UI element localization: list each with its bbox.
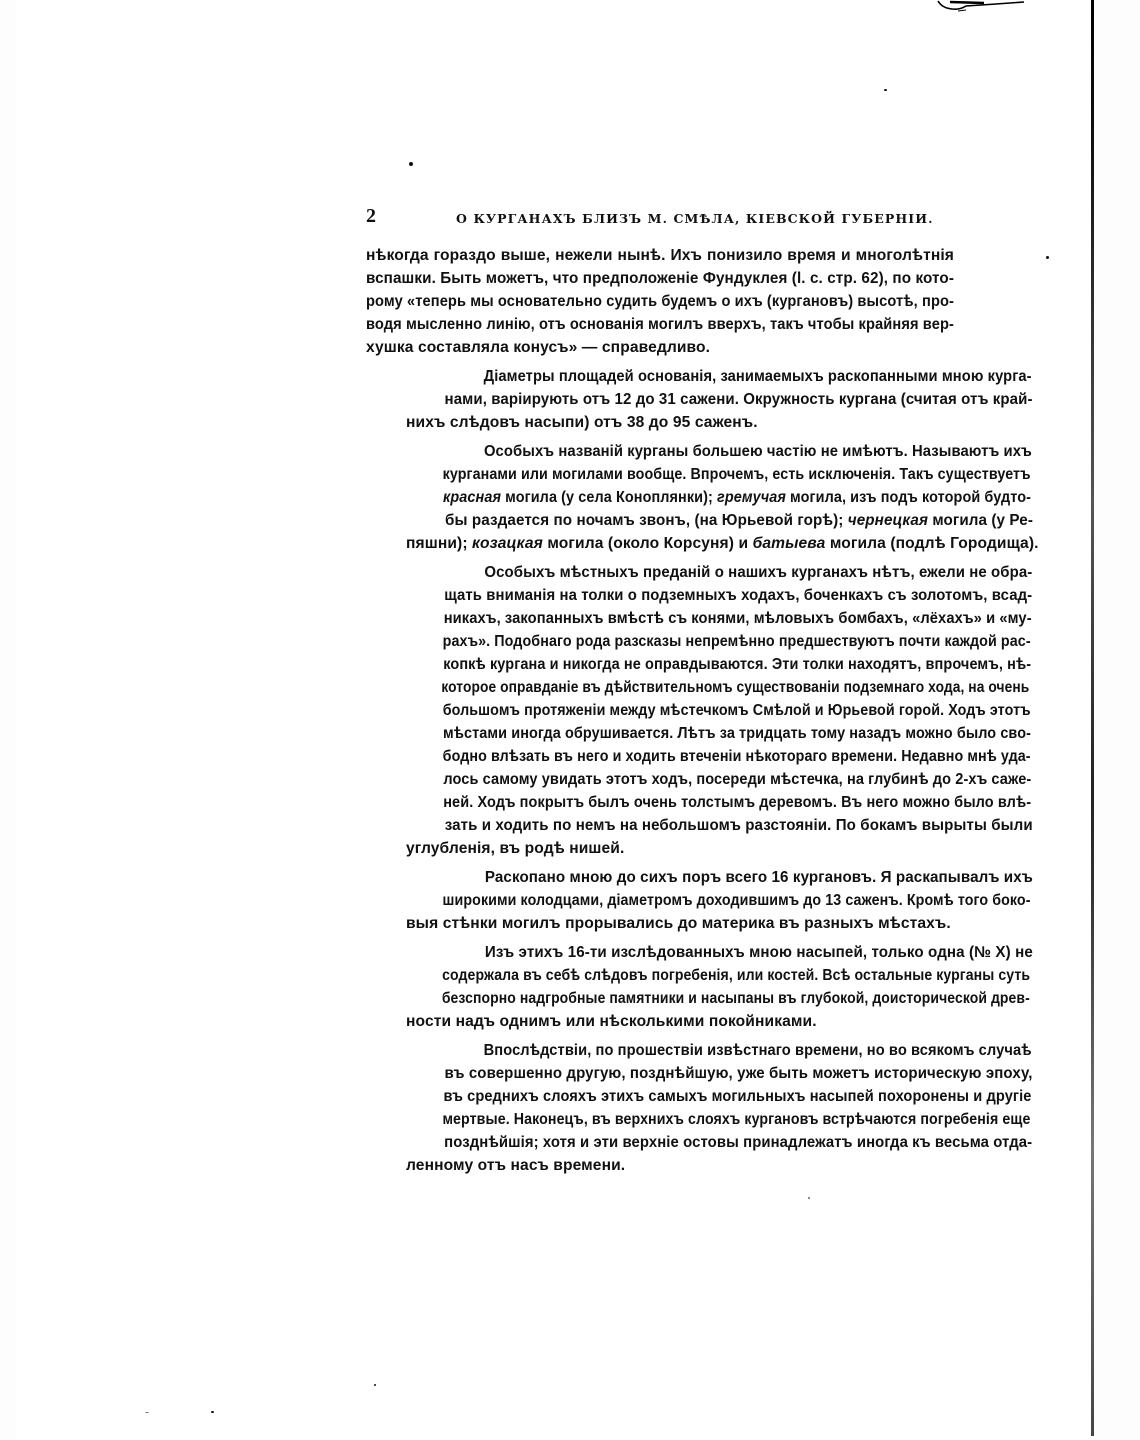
scan-speck [884, 89, 887, 91]
text-run: рахъ». Подобнаго рода разсказы непремѣнн… [443, 633, 1031, 650]
text-run: бы раздается по ночамъ звонъ, (на Юрьево… [445, 512, 848, 529]
paragraph: нѣкогда гораздо выше, нежели нынѣ. Ихъ п… [366, 244, 954, 359]
text-line: хушка составляла конусъ» — справедливо. [366, 336, 954, 359]
text-run: Особыхъ мѣстныхъ преданій о нашихъ курга… [484, 564, 1032, 581]
text-run: позднѣйшія; хотя и эти верхніе остовы пр… [444, 1134, 1032, 1151]
text-line: ленному отъ насъ времени. [366, 1154, 954, 1177]
italic-term: батыева [753, 535, 826, 552]
paragraph: Раскопано мною до сихъ поръ всего 16 кур… [366, 866, 954, 935]
text-run: Особыхъ названій курганы большею частію … [484, 443, 1032, 460]
text-line: курганами или могилами вообще. Впрочемъ,… [366, 463, 954, 486]
italic-term: красная [443, 489, 501, 506]
text-line: Особыхъ мѣстныхъ преданій о нашихъ курга… [366, 561, 954, 584]
text-line: щать вниманія на толки о подземныхъ хода… [366, 584, 954, 607]
text-line: которое оправданіе въ дѣйствительномъ су… [366, 676, 954, 699]
text-line: красная могила (у села Коноплянки); грем… [366, 486, 954, 509]
text-line: Особыхъ названій курганы большею частію … [366, 440, 954, 463]
text-line: ности надъ однимъ или нѣсколькими покойн… [366, 1010, 954, 1033]
text-line: Діаметры площадей основанія, занимаемыхъ… [366, 365, 954, 388]
text-run: содержала въ себѣ слѣдовъ погребенія, ил… [442, 967, 1030, 984]
text-run: копкѣ кургана и никогда не оправдываются… [443, 656, 1031, 673]
paragraph: Особыхъ названій курганы большею частію … [366, 440, 954, 555]
text-line: выя стѣнки могилъ прорывались до материк… [366, 912, 954, 935]
text-line: Раскопано мною до сихъ поръ всего 16 кур… [366, 866, 954, 889]
text-line: нами, варіирують отъ 12 до 31 сажени. Ок… [366, 388, 954, 411]
text-run: Изъ этихъ 16-ти изслѣдованныхъ мною насы… [485, 944, 1033, 961]
text-run: большомъ протяженіи между мѣстечкомъ Смѣ… [443, 702, 1031, 719]
text-run: бодно влѣзать въ него и ходить втеченіи … [443, 748, 1031, 765]
text-run: никахъ, закопанныхъ вмѣстѣ съ конями, мѣ… [444, 610, 1032, 627]
text-line: бодно влѣзать въ него и ходить втеченіи … [366, 745, 954, 768]
text-run: выя стѣнки могилъ прорывались до материк… [406, 915, 951, 932]
running-head: 2 О КУРГАНАХЪ БЛИЗЪ М. СМѢЛА, КІЕВСКОЙ Г… [366, 205, 956, 229]
page-edge-line [1091, 0, 1094, 1436]
text-line: Изъ этихъ 16-ти изслѣдованныхъ мною насы… [366, 941, 954, 964]
text-line: позднѣйшія; хотя и эти верхніе остовы пр… [366, 1131, 954, 1154]
text-line: рахъ». Подобнаго рода разсказы непремѣнн… [366, 630, 954, 653]
text-run: зать и ходить по немъ на небольшомъ разс… [445, 817, 1033, 834]
text-run: широкими колодцами, діаметромъ доходивши… [443, 892, 1031, 909]
text-line: нихъ слѣдовъ насыпи) отъ 38 до 95 саженъ… [366, 411, 954, 434]
text-line: копкѣ кургана и никогда не оправдываются… [366, 653, 954, 676]
text-run: ней. Ходъ покрытъ былъ очень толстымъ де… [443, 794, 1031, 811]
text-line: большомъ протяженіи между мѣстечкомъ Смѣ… [366, 699, 954, 722]
paragraph: Особыхъ мѣстныхъ преданій о нашихъ курга… [366, 561, 954, 860]
paragraph: Впослѣдствіи, по прошествіи извѣстнаго в… [366, 1039, 954, 1177]
italic-term: чернецкая [848, 512, 928, 529]
scan-speck [145, 1412, 149, 1413]
text-line: пяшни); козацкая могила (около Корсуня) … [366, 532, 954, 555]
text-run: щать вниманія на толки о подземныхъ хода… [444, 587, 1032, 604]
text-run: Діаметры площадей основанія, занимаемыхъ… [484, 368, 1032, 385]
text-run: лось самому увидать этотъ ходъ, посереди… [443, 771, 1031, 788]
text-run: мѣстами иногда обрушивается. Лѣтъ за три… [443, 725, 1031, 742]
text-run: могила (у Ре- [928, 512, 1033, 529]
text-run: могила (подлѣ Городища). [825, 535, 1038, 552]
text-line: углубленія, въ родѣ нишей. [366, 837, 954, 860]
text-line: рому «теперь мы основательно судить буде… [366, 290, 954, 313]
text-run: Впослѣдствіи, по прошествіи извѣстнаго в… [484, 1042, 1032, 1059]
text-line: безспорно надгробные памятники и насыпан… [366, 987, 954, 1010]
paragraph: Изъ этихъ 16-ти изслѣдованныхъ мною насы… [366, 941, 954, 1033]
text-run: нѣкогда гораздо выше, нежели нынѣ. Ихъ п… [366, 247, 954, 264]
scan-speck [211, 1411, 214, 1413]
text-run: въ среднихъ слояхъ этихъ самыхъ могильны… [443, 1088, 1031, 1105]
text-run: водя мысленно линію, отъ основанія могил… [366, 316, 954, 333]
text-line: мѣстами иногда обрушивается. Лѣтъ за три… [366, 722, 954, 745]
paragraph: Діаметры площадей основанія, занимаемыхъ… [366, 365, 954, 434]
text-run: могила (около Корсуня) и [543, 535, 753, 552]
italic-term: козацкая [472, 535, 543, 552]
body-text: нѣкогда гораздо выше, нежели нынѣ. Ихъ п… [366, 244, 954, 1183]
text-line: мертвые. Наконецъ, въ верхнихъ слояхъ ку… [366, 1108, 954, 1131]
text-run: вспашки. Быть можетъ, что предположеніе … [366, 270, 954, 287]
text-run: ленному отъ насъ времени. [406, 1157, 625, 1174]
text-line: содержала въ себѣ слѣдовъ погребенія, ил… [366, 964, 954, 987]
text-line: въ совершенно другую, позднѣйшую, уже бы… [366, 1062, 954, 1085]
text-run: мертвые. Наконецъ, въ верхнихъ слояхъ ку… [442, 1111, 1030, 1128]
text-run: которое оправданіе въ дѣйствительномъ су… [441, 679, 1029, 696]
text-line: широкими колодцами, діаметромъ доходивши… [366, 889, 954, 912]
text-run: нихъ слѣдовъ насыпи) отъ 38 до 95 саженъ… [406, 414, 758, 431]
scan-speck [808, 1197, 810, 1199]
italic-term: гремучая [717, 489, 786, 506]
text-line: водя мысленно линію, отъ основанія могил… [366, 313, 954, 336]
text-line: бы раздается по ночамъ звонъ, (на Юрьево… [366, 509, 954, 532]
text-line: Впослѣдствіи, по прошествіи извѣстнаго в… [366, 1039, 954, 1062]
scan-artifact-mark [936, 0, 1046, 14]
text-run: нами, варіирують отъ 12 до 31 сажени. Ок… [445, 391, 1033, 408]
text-run: курганами или могилами вообще. Впрочемъ,… [443, 466, 1031, 483]
text-run: могила (у села Коноплянки); [501, 489, 717, 506]
text-run: рому «теперь мы основательно судить буде… [366, 293, 954, 310]
text-line: ней. Ходъ покрытъ былъ очень толстымъ де… [366, 791, 954, 814]
text-run: хушка составляла конусъ» — справедливо. [366, 339, 710, 356]
text-line: вспашки. Быть можетъ, что предположеніе … [366, 267, 954, 290]
text-run: въ совершенно другую, позднѣйшую, уже бы… [445, 1065, 1033, 1082]
page-number: 2 [366, 205, 376, 228]
text-line: зать и ходить по немъ на небольшомъ разс… [366, 814, 954, 837]
scan-speck [374, 1384, 376, 1386]
text-line: лось самому увидать этотъ ходъ, посереди… [366, 768, 954, 791]
text-run: ности надъ однимъ или нѣсколькими покойн… [406, 1013, 817, 1030]
text-line: никахъ, закопанныхъ вмѣстѣ съ конями, мѣ… [366, 607, 954, 630]
text-run: Раскопано мною до сихъ поръ всего 16 кур… [485, 869, 1033, 886]
scan-speck [1046, 256, 1049, 259]
running-head-title: О КУРГАНАХЪ БЛИЗЪ М. СМѢЛА, КІЕВСКОЙ ГУБ… [456, 211, 934, 226]
text-run: безспорно надгробные памятники и насыпан… [442, 990, 1030, 1007]
text-line: нѣкогда гораздо выше, нежели нынѣ. Ихъ п… [366, 244, 954, 267]
text-run: могила, изъ подъ которой будто- [786, 489, 1031, 506]
text-run: углубленія, въ родѣ нишей. [406, 840, 624, 857]
scan-speck [409, 162, 413, 166]
text-line: въ среднихъ слояхъ этихъ самыхъ могильны… [366, 1085, 954, 1108]
text-run: пяшни); [406, 535, 472, 552]
